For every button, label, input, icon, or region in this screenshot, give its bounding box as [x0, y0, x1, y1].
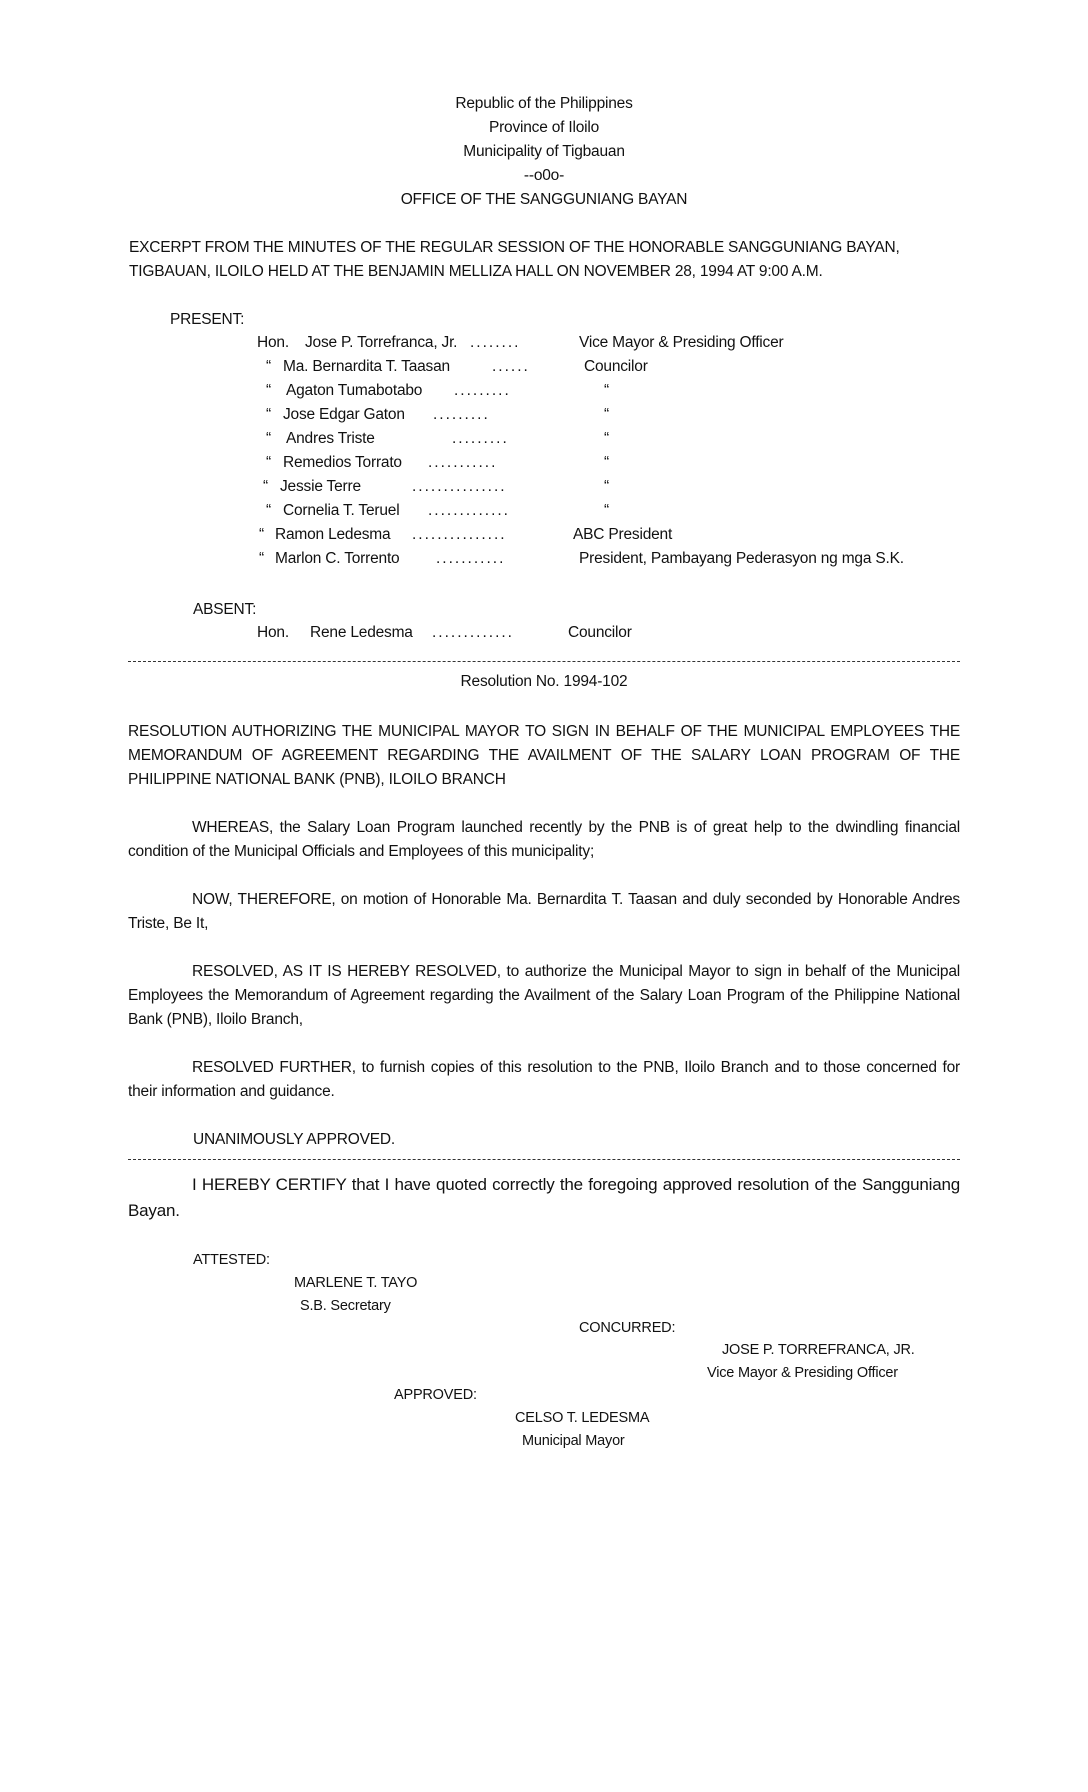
whereas-clause: WHEREAS, the Salary Loan Program launche… [128, 816, 960, 864]
member-leader-dots: ............... [412, 526, 507, 544]
present-member-row: “Cornelia T. Teruel.............“ [0, 502, 1088, 524]
member-leader-dots: ......... [452, 430, 509, 448]
present-member-row: “Jose Edgar Gaton.........“ [0, 406, 1088, 428]
member-prefix: “ [259, 550, 264, 568]
member-prefix: “ [266, 406, 271, 424]
header-republic: Republic of the Philippines [0, 94, 1088, 114]
absent-label: ABSENT: [193, 600, 256, 620]
member-name: Ramon Ledesma [275, 526, 390, 544]
attested-title: S.B. Secretary [300, 1296, 391, 1316]
separator-line [128, 661, 960, 662]
whereas-text: WHEREAS, the Salary Loan Program launche… [128, 819, 960, 860]
member-position: “ [604, 382, 609, 400]
certification-text: I HEREBY CERTIFY that I have quoted corr… [128, 1175, 960, 1220]
approval-status: UNANIMOUSLY APPROVED. [193, 1130, 395, 1150]
concurred-name: JOSE P. TORREFRANCA, JR. [722, 1340, 915, 1360]
member-prefix: “ [266, 382, 271, 400]
member-prefix: “ [266, 454, 271, 472]
concurred-label: CONCURRED: [579, 1318, 675, 1338]
excerpt-line-2: TIGBAUAN, ILOILO HELD AT THE BENJAMIN ME… [129, 262, 823, 282]
resolved-further-text: RESOLVED FURTHER, to furnish copies of t… [128, 1059, 960, 1100]
present-member-row: “Ma. Bernardita T. Taasan......Councilor [0, 358, 1088, 380]
present-member-row: “Ramon Ledesma...............ABC Preside… [0, 526, 1088, 548]
member-position: “ [604, 406, 609, 424]
certification-clause: I HEREBY CERTIFY that I have quoted corr… [128, 1172, 960, 1224]
member-position: Councilor [584, 358, 648, 376]
header-province: Province of Iloilo [0, 118, 1088, 138]
approved-name: CELSO T. LEDESMA [515, 1408, 649, 1428]
member-position: “ [604, 502, 609, 520]
present-member-row: Hon.Jose P. Torrefranca, Jr.........Vice… [0, 334, 1088, 356]
member-name: Jose P. Torrefranca, Jr. [305, 334, 457, 352]
header-separator: --o0o- [0, 166, 1088, 186]
member-leader-dots: ......... [433, 406, 490, 424]
member-prefix: Hon. [257, 624, 289, 642]
member-name: Rene Ledesma [310, 624, 413, 642]
member-leader-dots: ............... [412, 478, 507, 496]
member-leader-dots: ......... [454, 382, 511, 400]
member-leader-dots: ........... [436, 550, 505, 568]
now-therefore-clause: NOW, THEREFORE, on motion of Honorable M… [128, 888, 960, 936]
resolved-clause: RESOLVED, AS IT IS HEREBY RESOLVED, to a… [128, 960, 960, 1032]
resolved-text: RESOLVED, AS IT IS HEREBY RESOLVED, to a… [128, 963, 960, 1028]
concurred-title: Vice Mayor & Presiding Officer [707, 1363, 898, 1383]
excerpt-line-1: EXCERPT FROM THE MINUTES OF THE REGULAR … [129, 238, 900, 258]
attested-name: MARLENE T. TAYO [294, 1273, 417, 1293]
member-position: Councilor [568, 624, 632, 642]
approved-title: Municipal Mayor [522, 1431, 625, 1451]
member-leader-dots: ........... [428, 454, 497, 472]
member-leader-dots: ........ [470, 334, 520, 352]
member-name: Jose Edgar Gaton [283, 406, 405, 424]
member-name: Andres Triste [286, 430, 375, 448]
member-name: Jessie Terre [280, 478, 361, 496]
member-name: Marlon C. Torrento [275, 550, 399, 568]
resolution-number: Resolution No. 1994-102 [0, 672, 1088, 692]
member-name: Cornelia T. Teruel [283, 502, 399, 520]
member-position: President, Pambayang Pederasyon ng mga S… [579, 550, 904, 568]
document-page: Republic of the Philippines Province of … [0, 0, 1088, 1792]
member-position: Vice Mayor & Presiding Officer [579, 334, 783, 352]
member-prefix: Hon. [257, 334, 289, 352]
member-leader-dots: ............. [428, 502, 510, 520]
approved-label: APPROVED: [394, 1385, 477, 1405]
present-member-row: “Andres Triste.........“ [0, 430, 1088, 452]
member-prefix: “ [266, 430, 271, 448]
resolved-further-clause: RESOLVED FURTHER, to furnish copies of t… [128, 1056, 960, 1104]
member-name: Ma. Bernardita T. Taasan [283, 358, 450, 376]
member-prefix: “ [259, 526, 264, 544]
member-position: “ [604, 454, 609, 472]
member-position: ABC President [573, 526, 672, 544]
now-therefore-text: NOW, THEREFORE, on motion of Honorable M… [128, 891, 960, 932]
header-office: OFFICE OF THE SANGGUNIANG BAYAN [0, 190, 1088, 210]
member-prefix: “ [263, 478, 268, 496]
header-municipality: Municipality of Tigbauan [0, 142, 1088, 162]
member-prefix: “ [266, 502, 271, 520]
absent-member-row: Hon.Rene Ledesma.............Councilor [0, 624, 1088, 646]
attested-label: ATTESTED: [193, 1250, 270, 1270]
member-position: “ [604, 430, 609, 448]
resolution-title: RESOLUTION AUTHORIZING THE MUNICIPAL MAY… [128, 720, 960, 792]
member-prefix: “ [266, 358, 271, 376]
present-member-row: “Jessie Terre...............“ [0, 478, 1088, 500]
present-member-row: “Agaton Tumabotabo.........“ [0, 382, 1088, 404]
separator-line-2 [128, 1159, 960, 1160]
present-member-row: “Marlon C. Torrento...........President,… [0, 550, 1088, 572]
member-position: “ [604, 478, 609, 496]
member-name: Agaton Tumabotabo [286, 382, 422, 400]
present-label: PRESENT: [170, 310, 244, 330]
member-leader-dots: ...... [492, 358, 530, 376]
member-leader-dots: ............. [432, 624, 514, 642]
present-member-row: “Remedios Torrato...........“ [0, 454, 1088, 476]
member-name: Remedios Torrato [283, 454, 402, 472]
